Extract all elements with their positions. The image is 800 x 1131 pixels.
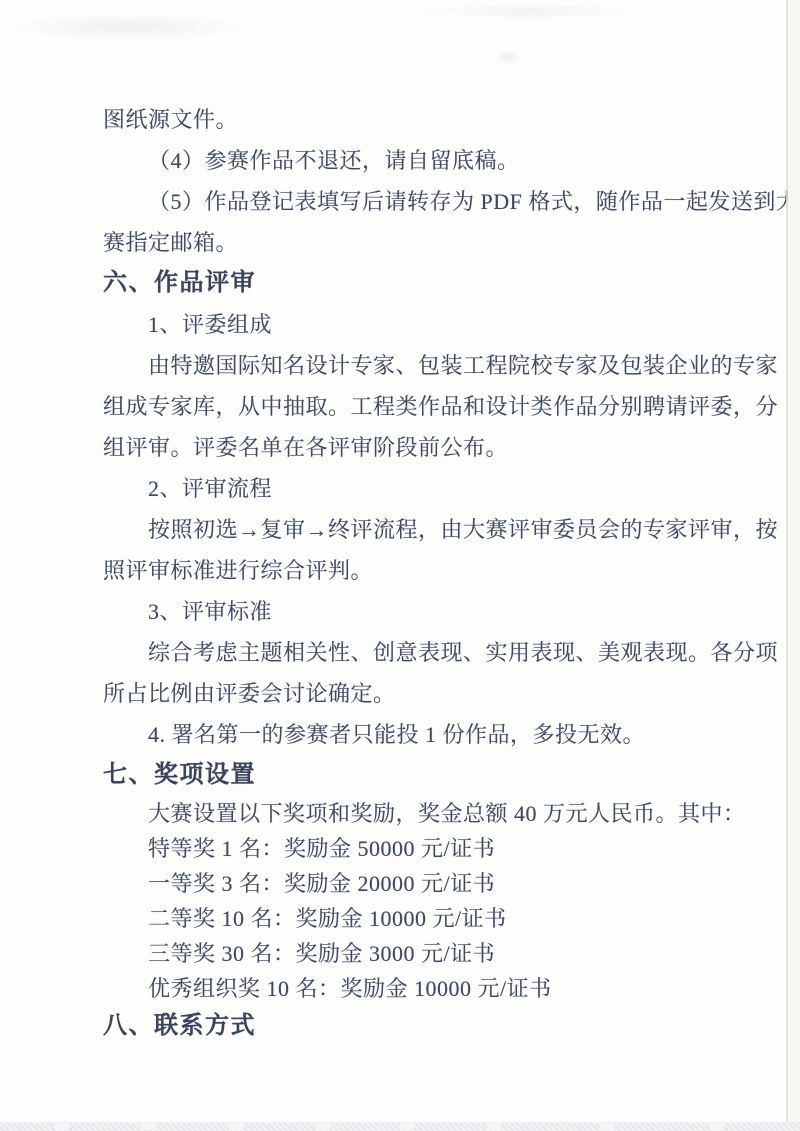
- text-line: 1、评委组成: [103, 304, 775, 345]
- text-line: 一等奖 3 名：奖励金 20000 元/证书: [103, 866, 775, 901]
- section-heading: 八、联系方式: [103, 1006, 775, 1047]
- text-line: 组评审。评委名单在各评审阶段前公布。: [103, 427, 775, 468]
- strip-notch: [400, 1123, 414, 1130]
- text-line: 优秀组织奖 10 名：奖励金 10000 元/证书: [103, 971, 775, 1006]
- text-line: 赛指定邮箱。: [103, 222, 775, 263]
- text-line: 特等奖 1 名：奖励金 50000 元/证书: [103, 831, 775, 866]
- strip-notch: [710, 1123, 724, 1130]
- text-line: 由特邀国际知名设计专家、包装工程院校专家及包装企业的专家: [103, 345, 775, 386]
- section-heading: 七、奖项设置: [103, 755, 775, 796]
- text-line: 2、评审流程: [103, 468, 775, 509]
- strip-notch: [487, 1123, 501, 1130]
- text-line: 按照初选→复审→终评流程，由大赛评审委员会的专家评审，按: [103, 509, 775, 550]
- scanner-background: [788, 0, 800, 1131]
- scanner-bottom-strip: [0, 1122, 800, 1131]
- text-line: 图纸源文件。: [103, 99, 775, 140]
- strip-notch: [316, 1123, 330, 1130]
- scanned-document-page: 图纸源文件。（4）参赛作品不退还，请自留底稿。（5）作品登记表填写后请转存为 P…: [0, 0, 800, 1131]
- text-line: 3、评审标准: [103, 591, 775, 632]
- scan-smudge: [420, 2, 640, 20]
- strip-notch: [600, 1123, 614, 1130]
- strip-notch: [142, 1123, 156, 1130]
- strip-notch: [55, 1123, 69, 1130]
- text-line: （4）参赛作品不退还，请自留底稿。: [103, 140, 775, 181]
- document-body: 图纸源文件。（4）参赛作品不退还，请自留底稿。（5）作品登记表填写后请转存为 P…: [103, 99, 775, 1047]
- text-line: 组成专家库，从中抽取。工程类作品和设计类作品分别聘请评委，分: [103, 386, 775, 427]
- text-line: 照评审标准进行综合评判。: [103, 550, 775, 591]
- text-line: 大赛设置以下奖项和奖励，奖金总额 40 万元人民币。其中：: [103, 796, 775, 831]
- strip-notch: [229, 1123, 243, 1130]
- text-line: 4. 署名第一的参赛者只能投 1 份作品，多投无效。: [103, 714, 775, 755]
- text-line: 综合考虑主题相关性、创意表现、实用表现、美观表现。各分项: [103, 632, 775, 673]
- scan-smudge: [8, 12, 248, 42]
- text-line: 所占比例由评委会讨论确定。: [103, 673, 775, 714]
- text-line: 二等奖 10 名：奖励金 10000 元/证书: [103, 901, 775, 936]
- text-line: （5）作品登记表填写后请转存为 PDF 格式，随作品一起发送到大: [103, 181, 775, 222]
- section-heading: 六、作品评审: [103, 263, 775, 304]
- text-line: 三等奖 30 名：奖励金 3000 元/证书: [103, 936, 775, 971]
- scan-smudge: [495, 50, 521, 64]
